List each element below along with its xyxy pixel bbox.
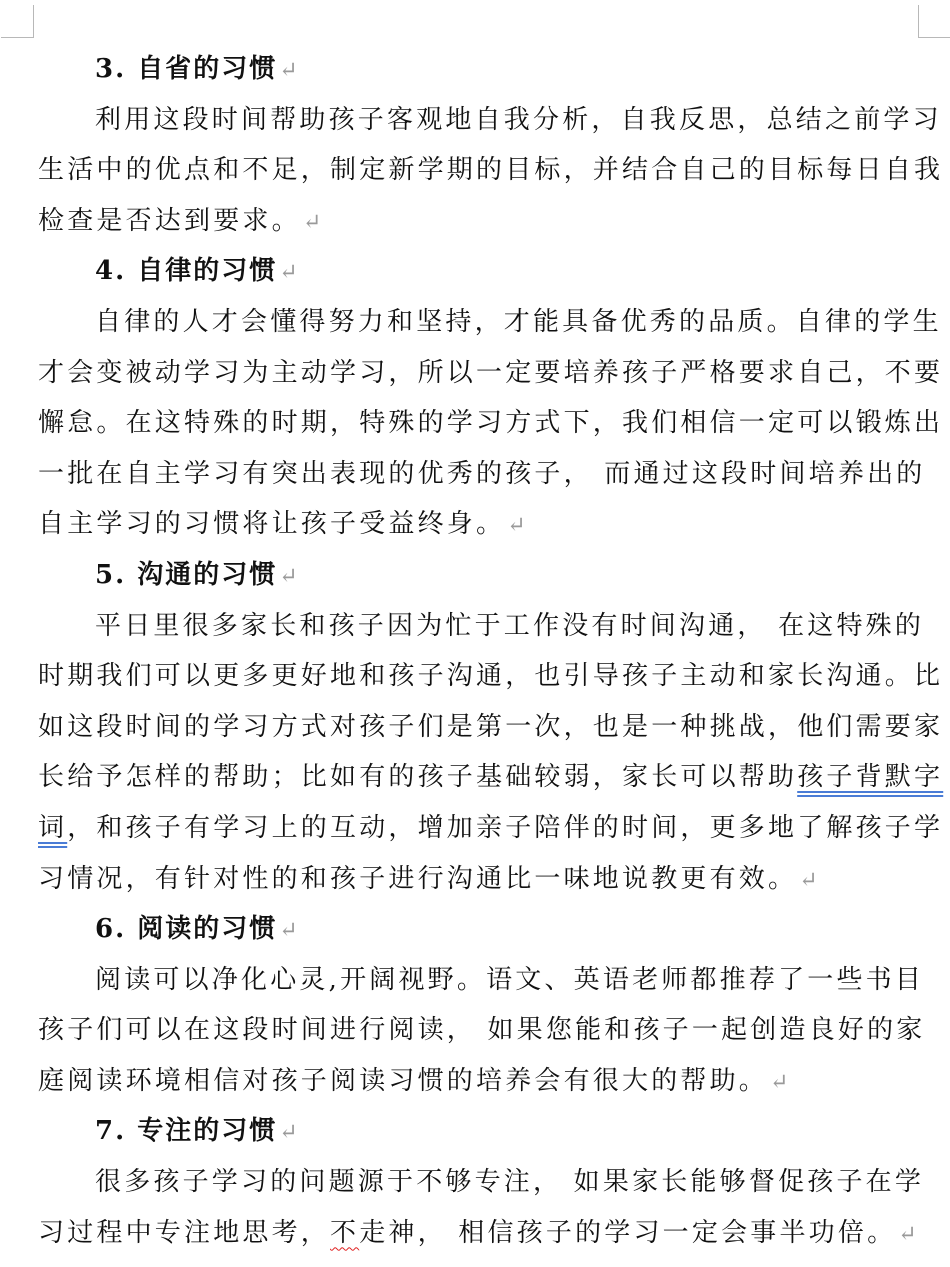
paragraph-mark-icon: ↵ [279,1120,297,1145]
paragraph-line[interactable]: 长给予怎样的帮助；比如有的孩子基础较弱，家长可以帮助孩子背默字 [38,752,918,803]
page-corner-mark-top-right [918,5,950,38]
line-text: 庭阅读环境相信对孩子阅读习惯的培养会有很大的帮助。 [38,1066,768,1096]
paragraph-mark-icon: ↵ [279,58,297,83]
paragraph-line[interactable]: 时期我们可以更多更好地和孩子沟通，也引导孩子主动和家长沟通。比 [38,651,918,702]
line-text: 习过程中专注地思考， [38,1218,330,1248]
section-heading-4[interactable]: 4. 自律的习惯↵ [38,246,918,297]
paragraph-line[interactable]: 习情况，有针对性的和孩子进行沟通比一味地说教更有效。↵ [38,854,918,905]
paragraph-line[interactable]: 一批在自主学习有突出表现的优秀的孩子， 而通过这段时间培养出的 [38,449,918,500]
paragraph-mark-icon: ↵ [279,918,297,943]
paragraph-line[interactable]: 习过程中专注地思考，不走神， 相信孩子的学习一定会事半功倍。↵ [38,1208,918,1259]
paragraph-line[interactable]: 孩子们可以在这段时间进行阅读， 如果您能和孩子一起创造良好的家 [38,1005,918,1056]
line-text: 习情况，有针对性的和孩子进行沟通比一味地说教更有效。 [38,864,797,894]
paragraph-mark-icon: ↵ [303,210,321,235]
paragraph-line[interactable]: 检查是否达到要求。↵ [38,196,918,247]
heading-text: 7. 专注的习惯 [95,1116,277,1146]
heading-text: 4. 自律的习惯 [95,256,277,286]
section-heading-6[interactable]: 6. 阅读的习惯↵ [38,904,918,955]
paragraph-line[interactable]: 自主学习的习惯将让孩子受益终身。↵ [38,499,918,550]
heading-text: 6. 阅读的习惯 [95,914,277,944]
grammar-flag[interactable]: 词 [38,813,67,843]
page-corner-mark-top-left [1,5,34,38]
section-heading-5[interactable]: 5. 沟通的习惯↵ [38,550,918,601]
paragraph-line[interactable]: 平日里很多家长和孩子因为忙于工作没有时间沟通， 在这特殊的 [38,601,918,652]
line-text: 检查是否达到要求。 [38,206,301,236]
grammar-flag[interactable]: 孩子背默字 [797,762,943,792]
line-text: ，和孩子有学习上的互动，增加亲子陪伴的时间，更多地了解孩子学 [67,813,943,843]
paragraph-mark-icon: ↵ [799,868,817,893]
paragraph-line[interactable]: 生活中的优点和不足，制定新学期的目标，并结合自己的目标每日自我 [38,145,918,196]
heading-text: 5. 沟通的习惯 [95,560,277,590]
document-page[interactable]: 3. 自省的习惯↵ 利用这段时间帮助孩子客观地自我分析，自我反思，总结之前学习 … [38,44,918,1258]
paragraph-mark-icon: ↵ [279,260,297,285]
spelling-flag[interactable]: 不 [330,1218,359,1248]
section-heading-3[interactable]: 3. 自省的习惯↵ [38,44,918,95]
paragraph-line[interactable]: 庭阅读环境相信对孩子阅读习惯的培养会有很大的帮助。↵ [38,1056,918,1107]
paragraph-mark-icon: ↵ [770,1070,788,1095]
paragraph-mark-icon: ↵ [507,513,525,538]
paragraph-line[interactable]: 懈怠。在这特殊的时期，特殊的学习方式下，我们相信一定可以锻炼出 [38,398,918,449]
paragraph-line[interactable]: 利用这段时间帮助孩子客观地自我分析，自我反思，总结之前学习 [38,95,918,146]
line-text: 走神， 相信孩子的学习一定会事半功倍。 [359,1218,896,1248]
paragraph-mark-icon: ↵ [898,1222,916,1247]
heading-text: 3. 自省的习惯 [95,54,277,84]
paragraph-line[interactable]: 阅读可以净化心灵,开阔视野。语文、英语老师都推荐了一些书目 [38,955,918,1006]
paragraph-line[interactable]: 才会变被动学习为主动学习，所以一定要培养孩子严格要求自己，不要 [38,348,918,399]
paragraph-line[interactable]: 词，和孩子有学习上的互动，增加亲子陪伴的时间，更多地了解孩子学 [38,803,918,854]
paragraph-line[interactable]: 如这段时间的学习方式对孩子们是第一次，也是一种挑战，他们需要家 [38,702,918,753]
paragraph-mark-icon: ↵ [279,564,297,589]
line-text: 长给予怎样的帮助；比如有的孩子基础较弱，家长可以帮助 [38,762,797,792]
paragraph-line[interactable]: 很多孩子学习的问题源于不够专注， 如果家长能够督促孩子在学 [38,1157,918,1208]
line-text: 自主学习的习惯将让孩子受益终身。 [38,509,505,539]
section-heading-7[interactable]: 7. 专注的习惯↵ [38,1106,918,1157]
paragraph-line[interactable]: 自律的人才会懂得努力和坚持，才能具备优秀的品质。自律的学生 [38,297,918,348]
